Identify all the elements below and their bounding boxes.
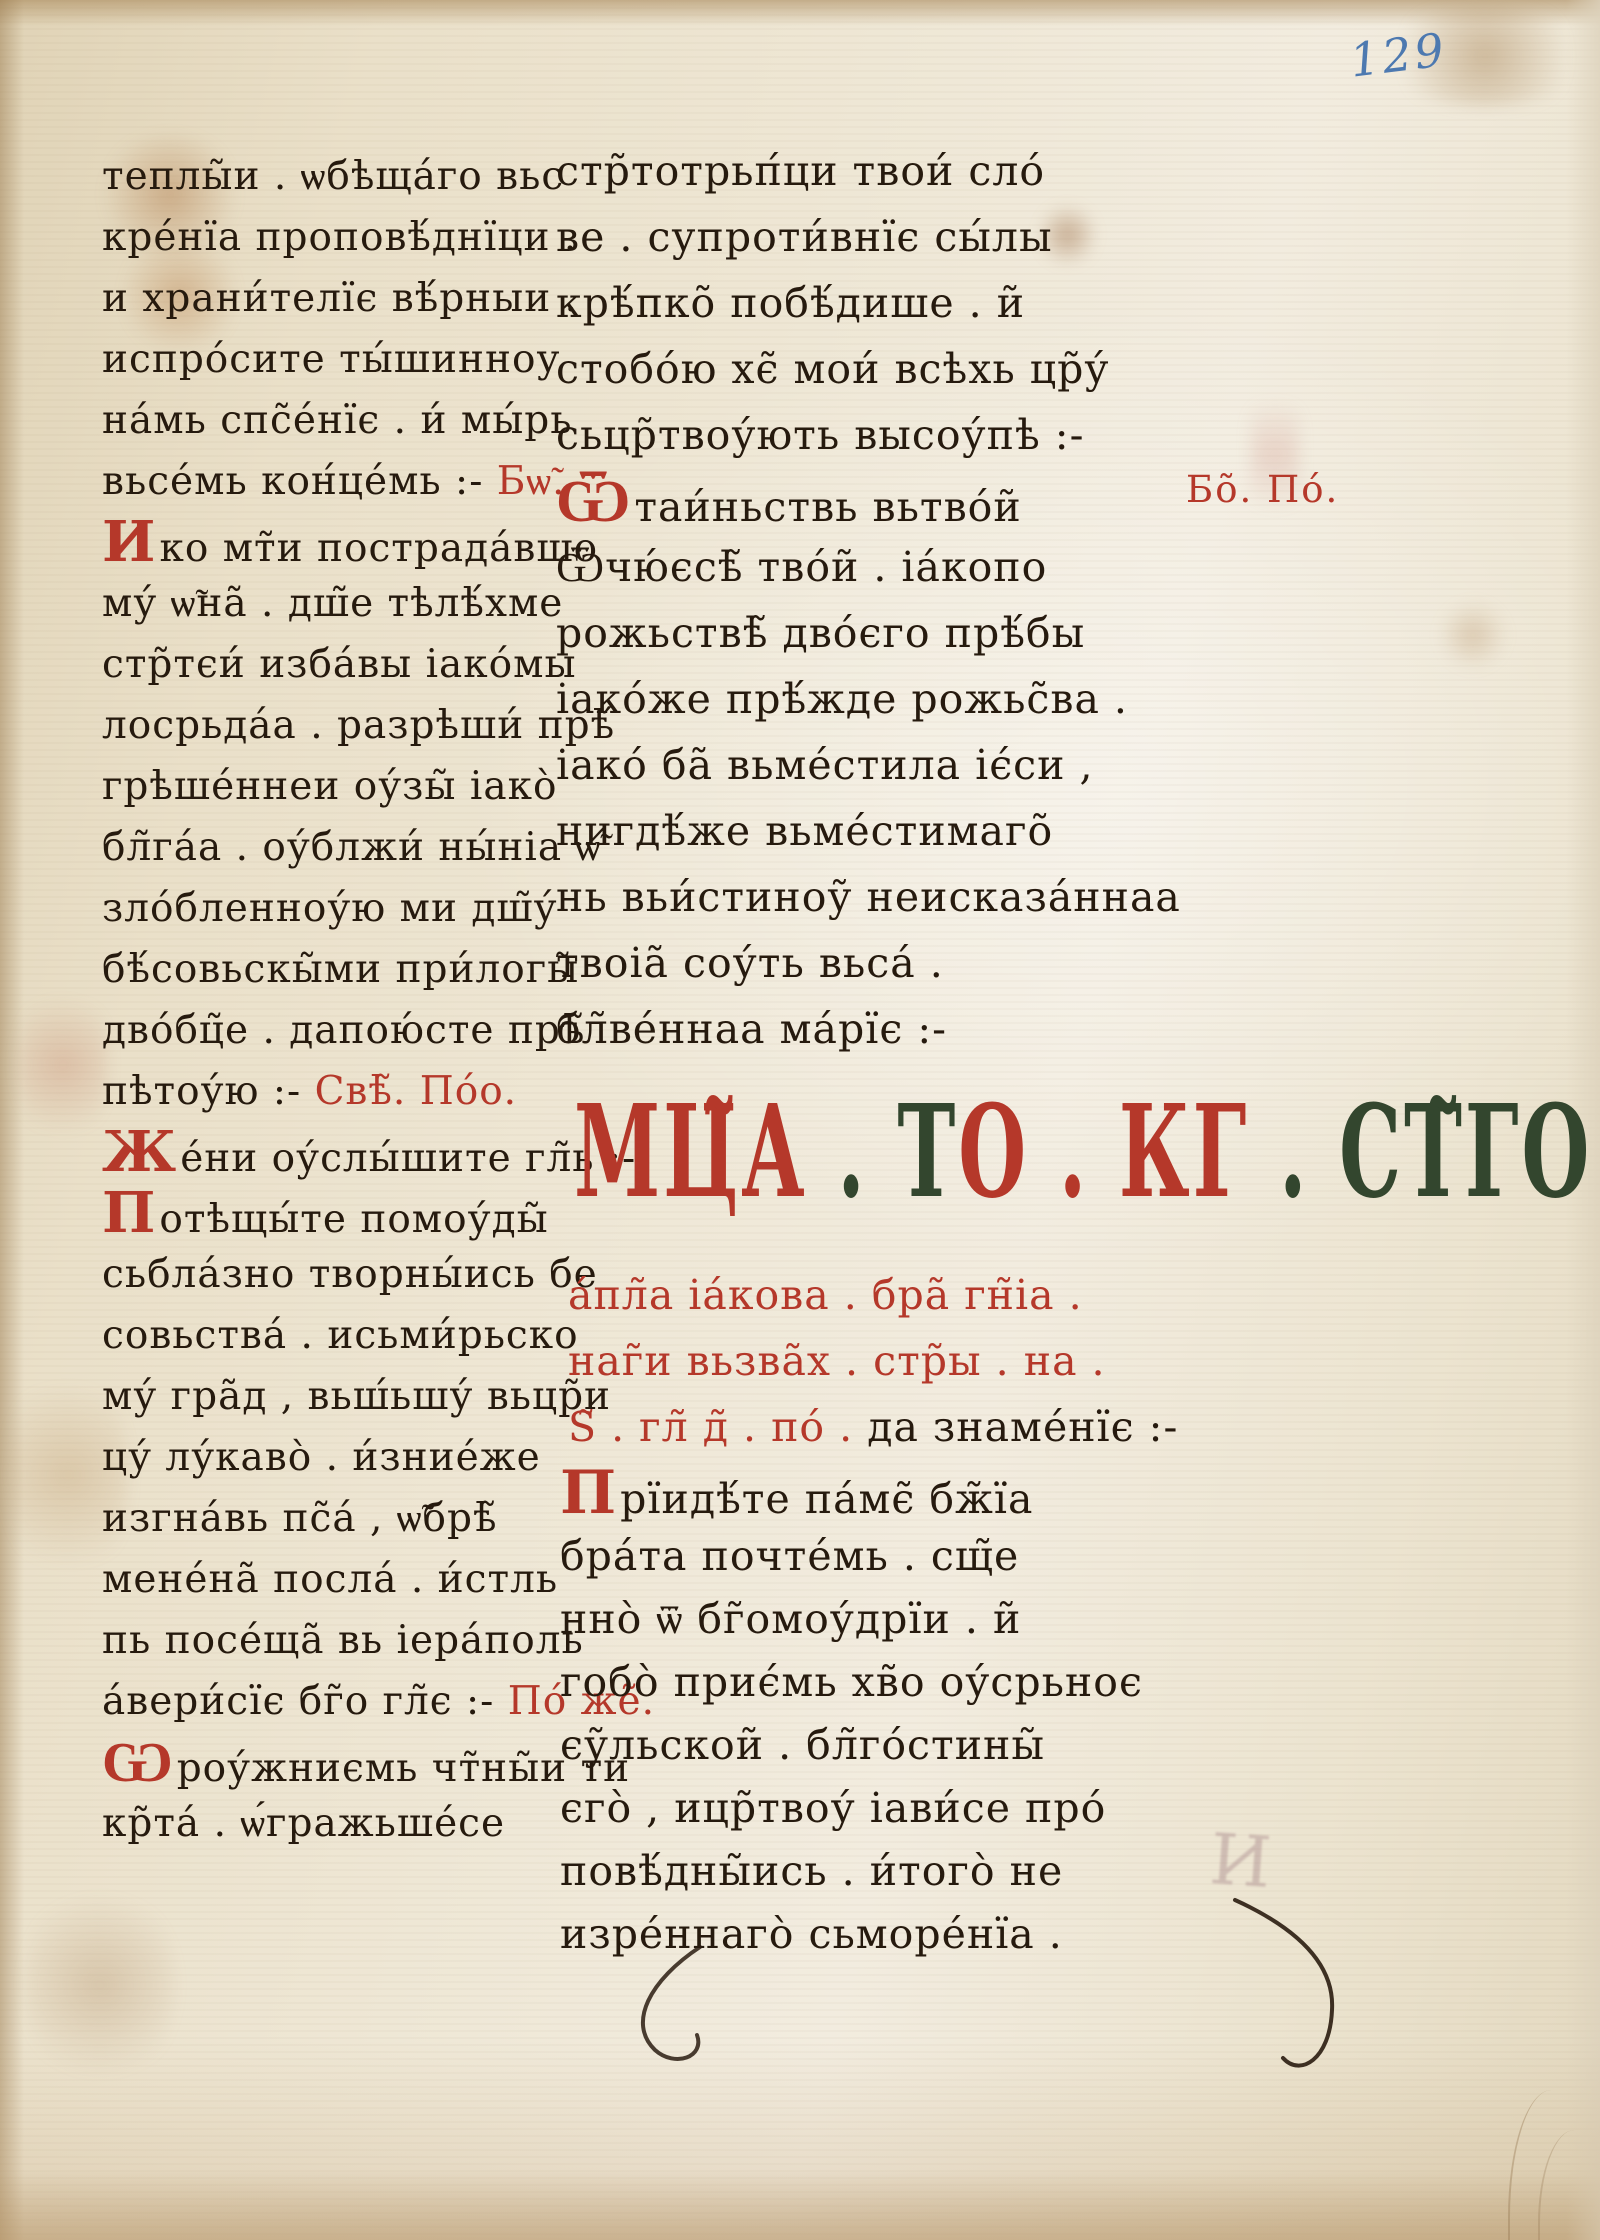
text-segment: пь посе́ща̃ вь іера́поль (102, 1618, 584, 1663)
text-segment: лосрьда́а . разрѣши́ прѣ́ (102, 703, 615, 748)
rubric-lines: а́пл̃а іа́кова . бра̃ гн̃іа .наг̃и вьзва… (568, 1262, 1128, 1460)
text-segment: іако́же прѣ́жде рожьс̃ва . (556, 675, 1128, 723)
manuscript-text-line: а́пл̃а іа́кова . бра̃ гн̃іа . (568, 1262, 1128, 1328)
text-segment: бл̃ве́ннаа ма́рїє :- (556, 1005, 947, 1053)
margin-rubric-note: Бо̃. По́. (1186, 468, 1339, 511)
text-segment: пѣтоу́ю :- (102, 1069, 315, 1114)
manuscript-text-line: лосрьда́а . разрѣши́ прѣ́ (102, 695, 552, 756)
manuscript-text-line: іако́ ба̃ вьме́стила іє́си , (556, 732, 1036, 798)
manuscript-text-line: Потѣщы́те помоу́ды̃ (102, 1183, 552, 1244)
text-segment: нь вьи́стиноу̃ неисказа́ннаа (556, 873, 1181, 921)
text-segment: мене́на̃ посла́ . и́стль (102, 1557, 558, 1602)
text-segment: на́мь спс̃е́нїє . и́ мы́рь (102, 398, 572, 443)
text-segment: изре́ннаго̀ сьморе́нїа . (560, 1910, 1063, 1958)
text-segment: іако́ ба̃ вьме́стила іє́си , (556, 741, 1094, 789)
manuscript-text-line: Ѕ̃ . гл̃ д̃ . по́ . да знаме́нїє :- (568, 1394, 1128, 1460)
text-segment: стобо́ю хє̃ мои́ всѣхь цр̃у́ (556, 345, 1109, 393)
manuscript-text-line: Же́ни оу́слы́шите гл̃ь :- (102, 1122, 552, 1183)
manuscript-text-line: твоіа̃ соу́ть вьса́ . (556, 930, 1036, 996)
text-segment: таи́ньствь вьтво́и̃ (634, 483, 1021, 531)
text-segment: бра́та почте́мь . сщ̃е (560, 1532, 1019, 1580)
text-segment: е́ни оу́слы́шите гл̃ь :- (180, 1136, 636, 1181)
text-segment: теплы̃и . ѡбѣща́го вьс (102, 154, 564, 199)
text-segment: бл̃га́а . оу́блжи́ ны́ніа ѡ̃ (102, 825, 601, 870)
text-segment: бѣ́совьскы̃ми при́логы̃ (102, 947, 579, 992)
manuscript-text-line: вьсе́мь кон́це́мь :- Бѡ̃. (102, 451, 552, 512)
title-letter: О (958, 1078, 1029, 1227)
text-segment: стр̃тєи́ изба́вы іако́мы (102, 642, 577, 687)
text-segment: Ѿчю́єсѣ̃ тво́и̃ . іа́копо (556, 543, 1047, 591)
manuscript-text-line: єго̀ , ицр̃твоу́ іави́се про́ (560, 1777, 1120, 1840)
title-letter: Т (897, 1078, 958, 1227)
text-segment: кр̃та́ . ѡ́гражьше́се (102, 1801, 505, 1846)
text-segment: Ѕ̃ . гл̃ д̃ . по́ . (568, 1403, 867, 1451)
text-segment: наг̃и вьзва̃х . стр̃ы . на . (568, 1337, 1106, 1385)
text-segment: нигдѣ́же вьме́стимаго̃ (556, 807, 1053, 855)
manuscript-text-line: крѣ́пко̃ побѣ́дише . и̃ (556, 270, 1036, 336)
manuscript-text-line: пь посе́ща̃ вь іера́поль (102, 1610, 552, 1671)
manuscript-text-line: іако́же прѣ́жде рожьс̃ва . (556, 666, 1036, 732)
text-segment: Свѣ̃. По́о. (315, 1069, 517, 1114)
text-segment: єу̃льскои̃ . бл̃го́стины̃ (560, 1721, 1045, 1769)
manuscript-text-line: стобо́ю хє̃ мои́ всѣхь цр̃у́ (556, 336, 1036, 402)
initial-capital: П (560, 1458, 617, 1528)
text-segment: и храни́телїє вѣ́рныи . (102, 276, 578, 321)
text-segment: а́пл̃а іа́кова . бра̃ гн̃іа . (568, 1271, 1083, 1319)
text-segment: твоіа̃ соу́ть вьса́ . (556, 939, 944, 987)
title-letter: СТ̃ГО (1339, 1078, 1592, 1227)
manuscript-text-line: Ѿтаи́ньствь вьтво́и̃ (556, 468, 1036, 534)
manuscript-page-photo: 129 теплы̃и . ѡбѣща́го вьскре́нїа пропов… (0, 0, 1600, 2240)
manuscript-text-line: Ѿчю́єсѣ̃ тво́и̃ . іа́копо (556, 534, 1036, 600)
text-segment: ве . супроти́внїє сы́лы (556, 213, 1053, 261)
manuscript-text-line: нигдѣ́же вьме́стимаго̃ (556, 798, 1036, 864)
manuscript-text-line: рожьствѣ̃ дво́єго прѣ́бы (556, 600, 1036, 666)
text-segment: отѣщы́те помоу́ды̃ (159, 1197, 548, 1242)
title-letter: . (1249, 1078, 1339, 1227)
manuscript-text-line: и храни́телїє вѣ́рныи . (102, 268, 552, 329)
manuscript-text-line: му́ ѡ̃на̃ . дш̃е тѣлѣ́хме (102, 573, 552, 634)
manuscript-text-line: нно̀ ѿ бг̃омоу́дрїи . и̃ (560, 1588, 1120, 1651)
manuscript-text-line: бл̃га́а . оу́блжи́ ны́ніа ѡ̃ (102, 817, 552, 878)
manuscript-text-line: на́мь спс̃е́нїє . и́ мы́рь (102, 390, 552, 451)
text-segment: испро́сите ты́шинноу (102, 337, 560, 382)
text-segment: повѣ́дны̃ись . и́того̀ не (560, 1847, 1063, 1895)
manuscript-text-line: бра́та почте́мь . сщ̃е (560, 1525, 1120, 1588)
text-segment: грѣше́ннеи оу́зы̃ іако̀ (102, 764, 557, 809)
title-letter: . (808, 1078, 898, 1227)
manuscript-text-line: стр̃тотрьп́ци твои́ сло́ (556, 138, 1036, 204)
manuscript-text-line: теплы̃и . ѡбѣща́го вьс (102, 146, 552, 207)
manuscript-text-line: наг̃и вьзва̃х . стр̃ы . на . (568, 1328, 1128, 1394)
right-text-column-bottom: Прїидѣ́те па́мє̃ бж̃їабра́та почте́мь . … (560, 1462, 1120, 1966)
initial-capital: Ѡ (102, 1729, 174, 1795)
initial-capital: И (102, 509, 156, 575)
text-segment: ко мт̃и пострада́вшо (159, 526, 598, 571)
text-segment: совьства́ . исьми́рьско (102, 1313, 579, 1358)
manuscript-text-line: єу̃льскои̃ . бл̃го́стины̃ (560, 1714, 1120, 1777)
text-segment: крѣ́пко̃ побѣ́дише . и̃ (556, 279, 1025, 327)
text-segment: да знаме́нїє :- (867, 1403, 1178, 1451)
manuscript-text-line: грѣше́ннеи оу́зы̃ іако̀ (102, 756, 552, 817)
manuscript-text-line: гобо̀ приє́мь хв̃о оу́срьноє (560, 1651, 1120, 1714)
title-letter: МЦ̃А (574, 1078, 808, 1227)
manuscript-text-line: а́вери́сїє бг̃о гл̃є :- По́ же̃. (102, 1671, 552, 1732)
text-segment: а́вери́сїє бг̃о гл̃є :- (102, 1679, 508, 1724)
text-segment: сьцр̃твоу́ють высоу́пѣ :- (556, 411, 1084, 459)
manuscript-text-line: сьбла́зно творны́ись бе (102, 1244, 552, 1305)
manuscript-text-line: изре́ннаго̀ сьморе́нїа . (560, 1903, 1120, 1966)
left-text-column: теплы̃и . ѡбѣща́го вьскре́нїа проповѣ́дн… (102, 146, 552, 1854)
text-segment: кре́нїа проповѣ́днїци . (102, 215, 577, 260)
text-segment: гобо̀ приє́мь хв̃о оу́срьноє (560, 1658, 1143, 1706)
initial-capital: Ж (102, 1119, 177, 1185)
text-segment: стр̃тотрьп́ци твои́ сло́ (556, 147, 1045, 195)
text-segment: нно̀ ѿ бг̃омоу́дрїи . и̃ (560, 1595, 1021, 1643)
manuscript-text-line: Прїидѣ́те па́мє̃ бж̃їа (560, 1462, 1120, 1525)
text-segment: цу́ лу́каво̀ . и́зние́же (102, 1435, 541, 1480)
initial-capital: Ѿ (556, 466, 631, 536)
margin-note-text: Бо̃. По́. (1186, 468, 1339, 511)
manuscript-text-line: Ѡроу́жниємь чт̃ны̃и ти (102, 1732, 552, 1793)
manuscript-text-line: повѣ́дны̃ись . и́того̀ не (560, 1840, 1120, 1903)
manuscript-text-line: мене́на̃ посла́ . и́стль (102, 1549, 552, 1610)
manuscript-text-line: стр̃тєи́ изба́вы іако́мы (102, 634, 552, 695)
manuscript-text-line: цу́ лу́каво̀ . и́зние́же (102, 1427, 552, 1488)
manuscript-text-line: испро́сите ты́шинноу (102, 329, 552, 390)
manuscript-text-line: бл̃ве́ннаа ма́рїє :- (556, 996, 1036, 1062)
text-segment: зло́бленноу́ю ми дш̃у́ (102, 886, 558, 931)
right-text-column-top: стр̃тотрьп́ци твои́ сло́ве . супроти́внї… (556, 138, 1036, 1062)
text-segment: му́ гра̃д , вьш́ьшу́ вьцр̃и (102, 1374, 611, 1419)
manuscript-text-line: совьства́ . исьми́рьско (102, 1305, 552, 1366)
title-letter: . (1029, 1078, 1119, 1227)
text-segment: сьбла́зно творны́ись бе (102, 1252, 598, 1297)
manuscript-text-line: Ико мт̃и пострада́вшо (102, 512, 552, 573)
manuscript-text-line: дво́бц̃е . дапою́сте прѣ̃ (102, 1000, 552, 1061)
initial-capital: П (102, 1180, 156, 1246)
text-segment: вьсе́мь кон́це́мь :- (102, 459, 497, 504)
text-segment: изгна́вь пс̃а́ , ѡ̃брѣ̃ (102, 1496, 497, 1541)
text-segment: рїидѣ́те па́мє̃ бж̃їа (620, 1475, 1033, 1523)
text-segment: му́ ѡ̃на̃ . дш̃е тѣлѣ́хме (102, 581, 563, 626)
manuscript-text-line: кр̃та́ . ѡ́гражьше́се (102, 1793, 552, 1854)
bleed-through-letter: И (1207, 1818, 1274, 1904)
manuscript-text-line: му́ гра̃д , вьш́ьшу́ вьцр̃и (102, 1366, 552, 1427)
text-segment: єго̀ , ицр̃твоу́ іави́се про́ (560, 1784, 1106, 1832)
manuscript-text-line: ве . супроти́внїє сы́лы (556, 204, 1036, 270)
manuscript-text-line: зло́бленноу́ю ми дш̃у́ (102, 878, 552, 939)
manuscript-text-line: нь вьи́стиноу̃ неисказа́ннаа (556, 864, 1036, 930)
manuscript-text-line: сьцр̃твоу́ють высоу́пѣ :- (556, 402, 1036, 468)
manuscript-text-line: бѣ́совьскы̃ми при́логы̃ (102, 939, 552, 1000)
manuscript-text-line: изгна́вь пс̃а́ , ѡ̃брѣ̃ (102, 1488, 552, 1549)
manuscript-text-line: пѣтоу́ю :- Свѣ̃. По́о. (102, 1061, 552, 1122)
title-letter: КГ (1119, 1078, 1249, 1227)
manuscript-text-line: кре́нїа проповѣ́днїци . (102, 207, 552, 268)
text-segment: рожьствѣ̃ дво́єго прѣ́бы (556, 609, 1085, 657)
text-segment: дво́бц̃е . дапою́сте прѣ̃ (102, 1008, 585, 1053)
